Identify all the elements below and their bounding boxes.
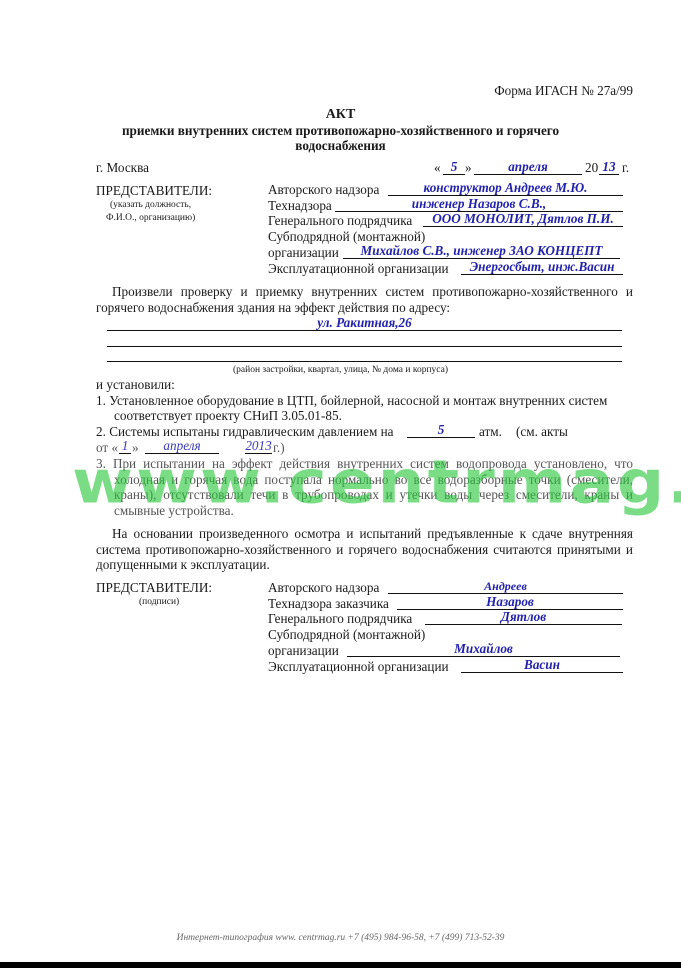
inspection-intro: Произвели проверку и приемку внутренних … <box>96 284 633 315</box>
rep-field-technical[interactable]: инженер Назаров С.В., <box>335 197 623 212</box>
item2-close: » <box>132 440 139 456</box>
sig-label-sub: Субподрядной (монтажной) <box>268 627 425 643</box>
rep-label-operating: Эксплуатационной организации <box>268 261 449 277</box>
representatives-hint-2: Ф.И.О., организацию) <box>106 213 195 223</box>
date-year-suffix[interactable]: 13 <box>599 160 619 175</box>
address-line-2[interactable] <box>107 332 622 347</box>
rep-label-author: Авторского надзора <box>268 182 379 198</box>
date-month[interactable]: апреля <box>474 160 582 175</box>
rep-field-general[interactable]: ООО МОНОЛИТ, Дятлов П.И. <box>423 212 623 227</box>
rep-label-technical: Технадзора <box>268 198 332 214</box>
date-year-unit: г. <box>622 160 629 176</box>
item2-from: от « <box>96 440 118 456</box>
rep-field-sub-org[interactable]: Михайлов С.В., инженер ЗАО КОНЦЕПТ <box>343 244 620 259</box>
established-label: и установили: <box>96 377 175 393</box>
item2-year-unit: г.) <box>273 440 285 456</box>
item2-see: (см. акты <box>516 424 568 440</box>
address-field[interactable]: ул. Ракитная,26 <box>107 316 622 331</box>
footer-printer-info: Интернет-типография www. centrmag.ru +7 … <box>0 933 681 943</box>
date-close-quote: » <box>465 160 472 176</box>
item2-unit: атм. <box>479 424 502 440</box>
item1-line2: соответствует проекту СНиП 3.05.01-85. <box>114 408 342 424</box>
sig-label-author: Авторского надзора <box>268 580 379 596</box>
sig-field-technical[interactable]: Назаров <box>397 595 623 610</box>
representatives-heading: ПРЕДСТАВИТЕЛИ: <box>96 183 212 199</box>
document-subtitle-line2: водоснабжения <box>0 138 681 154</box>
item2-pressure[interactable]: 5 <box>407 423 475 438</box>
sig-field-operating[interactable]: Васин <box>461 658 623 673</box>
document-title: АКТ <box>0 107 681 123</box>
rep-field-operating[interactable]: Энергосбыт, инж.Васин <box>461 260 623 275</box>
item2-month[interactable]: апреля <box>145 439 219 454</box>
form-number: Форма ИГАСН № 27а/99 <box>494 83 633 99</box>
city: г. Москва <box>96 160 149 176</box>
sig-field-general[interactable]: Дятлов <box>425 610 622 625</box>
sig-label-general: Генерального подрядчика <box>268 611 412 627</box>
address-hint: (район застройки, квартал, улица, № дома… <box>0 365 681 375</box>
sig-label-operating: Эксплуатационной организации <box>268 659 449 675</box>
item3: 3. При испытании на эффект действия внут… <box>96 456 633 518</box>
date-year-prefix: 20 <box>585 160 598 176</box>
item1-line1: 1. Установленное оборудование в ЦТП, бой… <box>96 393 607 409</box>
sig-label-org: организации <box>268 643 339 659</box>
representatives-hint-1: (указать должность, <box>110 200 191 210</box>
rep-field-author[interactable]: конструктор Андреев М.Ю. <box>388 181 623 196</box>
signatures-hint: (подписи) <box>139 597 179 607</box>
address-line-3[interactable] <box>107 347 622 362</box>
signatures-heading: ПРЕДСТАВИТЕЛИ: <box>96 580 212 596</box>
sig-field-author[interactable]: Андреев <box>388 579 623 594</box>
bottom-border <box>0 962 681 968</box>
conclusion: На основании произведенного осмотра и ис… <box>96 526 633 573</box>
sig-field-sub-org[interactable]: Михайлов <box>347 642 620 657</box>
date-open-quote: « <box>434 160 441 176</box>
item2-day[interactable]: 1 <box>119 439 131 454</box>
rep-label-org: организации <box>268 245 339 261</box>
rep-label-general: Генерального подрядчика <box>268 213 412 229</box>
item2-year[interactable]: 2013 <box>245 439 272 454</box>
date-day[interactable]: 5 <box>443 160 465 175</box>
sig-label-technical: Технадзора заказчика <box>268 596 389 612</box>
document-subtitle-line1: приемки внутренних систем противопожарно… <box>0 123 681 139</box>
